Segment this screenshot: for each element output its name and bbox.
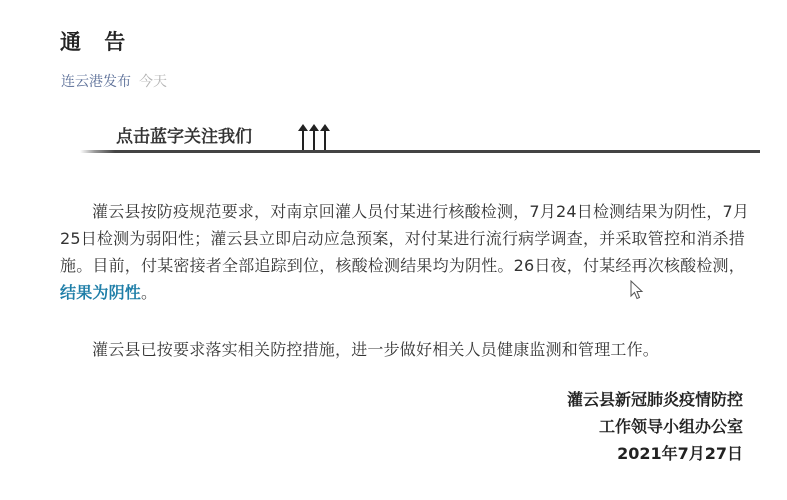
page-title: 通 告 (60, 26, 133, 56)
follow-banner: 点击蓝字关注我们 (80, 120, 760, 156)
mouse-cursor-icon (630, 280, 644, 300)
paragraph-1-text: 灌云县按防疫规范要求，对南京回灌人员付某进行核酸检测，7月24日检测结果为阴性，… (60, 202, 749, 275)
highlight-result-text: 结果为阴性 (60, 283, 141, 302)
paragraph-1-end: 。 (141, 283, 157, 302)
signature-org-line-1: 灌云县新冠肺炎疫情防控 (567, 386, 743, 413)
source-link[interactable]: 连云港发布 (61, 74, 131, 90)
signature-org-line-2: 工作领导小组办公室 (567, 413, 743, 440)
article-page: 通 告 连云港发布今天 点击蓝字关注我们 灌云县按防疫规范要求，对南京回灌人员付… (0, 0, 787, 500)
article-paragraph-1: 灌云县按防疫规范要求，对南京回灌人员付某进行核酸检测，7月24日检测结果为阴性，… (60, 198, 750, 306)
publish-date: 今天 (139, 74, 167, 90)
up-arrows-icon (298, 124, 329, 150)
signature-date: 2021年7月27日 (567, 440, 743, 467)
up-arrow-icon (309, 124, 318, 150)
up-arrow-icon (320, 124, 329, 150)
follow-banner-text: 点击蓝字关注我们 (116, 122, 252, 147)
banner-divider (80, 150, 760, 153)
signature-block: 灌云县新冠肺炎疫情防控 工作领导小组办公室 2021年7月27日 (567, 386, 743, 467)
article-meta: 连云港发布今天 (61, 71, 167, 91)
article-paragraph-2: 灌云县已按要求落实相关防控措施，进一步做好相关人员健康监测和管理工作。 (60, 336, 750, 363)
up-arrow-icon (298, 124, 307, 150)
